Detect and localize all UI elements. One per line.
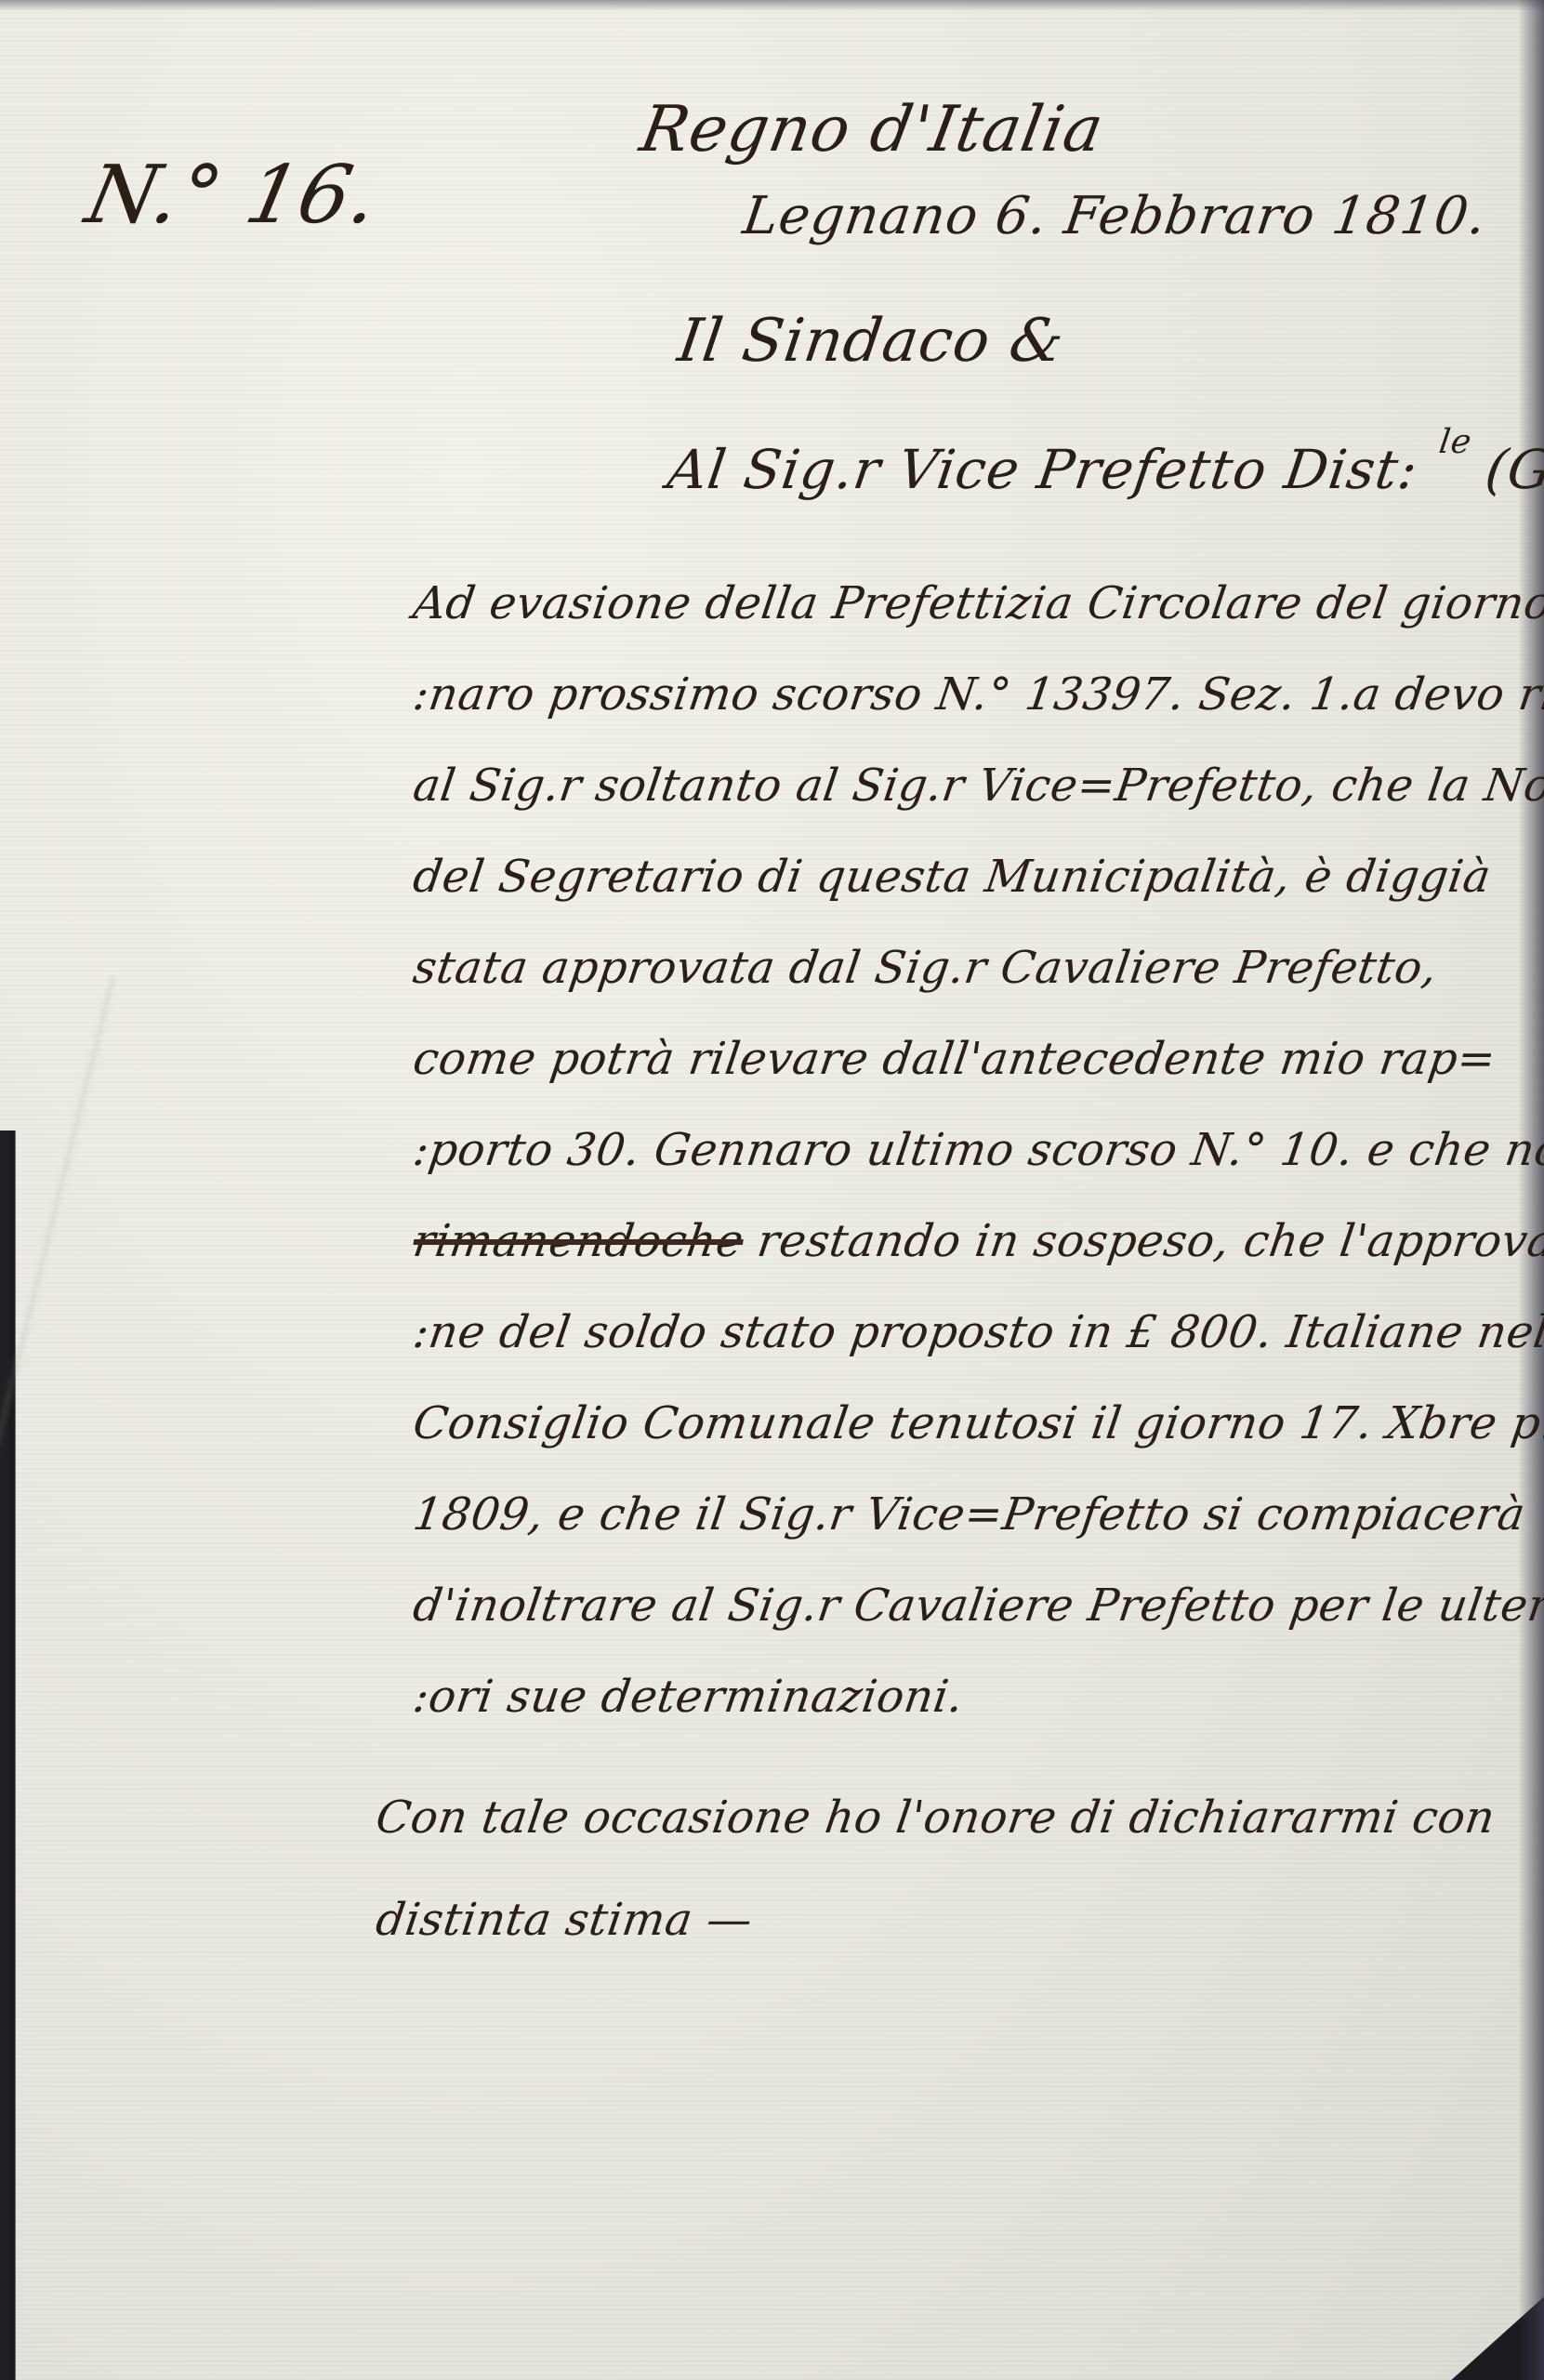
letterhead-title: Regno d'Italia: [635, 93, 1109, 166]
body-line: stata approvata dal Sig.r Cavaliere Pref…: [407, 922, 1536, 1013]
recipient-prefix: Al Sig.r Vice Prefetto Dist:: [664, 438, 1422, 501]
closing-line: distinta stima —: [369, 1869, 1536, 1971]
document-number-note: N.° 16.: [78, 149, 387, 242]
body-line: d'inoltrare al Sig.r Cavaliere Prefetto …: [407, 1560, 1536, 1651]
body-line: come potrà rilevare dall'antecedente mio…: [407, 1013, 1536, 1104]
body-line: :ori sue determinazioni.: [407, 1651, 1536, 1742]
body-line-remainder: restando in sospeso, che l'approvazio=: [740, 1215, 1544, 1267]
body-line: :naro prossimo scorso N.° 13397. Sez. 1.…: [407, 649, 1536, 740]
place-and-date: Legnano 6. Febbraro 1810.: [739, 186, 1490, 246]
body-line-with-strikeout: rimanendoche restando in sospeso, che l'…: [407, 1196, 1536, 1287]
body-line: Consiglio Comunale tenutosi il giorno 17…: [407, 1378, 1536, 1469]
recipient-superscript: le: [1437, 423, 1475, 461]
letter-body: Ad evasione della Prefettizia Circolare …: [414, 558, 1529, 1742]
letter-closing: Con tale occasione ho l'onore di dichiar…: [376, 1766, 1529, 1971]
body-line: :ne del soldo stato proposto in £ 800. I…: [407, 1287, 1536, 1378]
sender-line: Il Sindaco &: [674, 307, 1069, 376]
scanner-backdrop: [0, 1130, 9, 2380]
closing-line: Con tale occasione ho l'onore di dichiar…: [369, 1766, 1536, 1869]
body-line: :porto 30. Gennaro ultimo scorso N.° 10.…: [407, 1104, 1536, 1196]
struck-out-word: rimanendoche: [410, 1215, 746, 1267]
body-line: 1809, e che il Sig.r Vice=Prefetto si co…: [407, 1469, 1536, 1560]
body-line: del Segretario di questa Municipalità, è…: [407, 831, 1536, 922]
body-line: Ad evasione della Prefettizia Circolare …: [407, 558, 1536, 649]
body-line: al Sig.r soltanto al Sig.r Vice=Prefetto…: [407, 740, 1536, 831]
paper-top-edge-shadow: [0, 0, 1544, 11]
recipient-line: Al Sig.r Vice Prefetto Dist: le (Gallara…: [664, 423, 1544, 501]
recipient-place: (Gallarate): [1482, 438, 1544, 501]
